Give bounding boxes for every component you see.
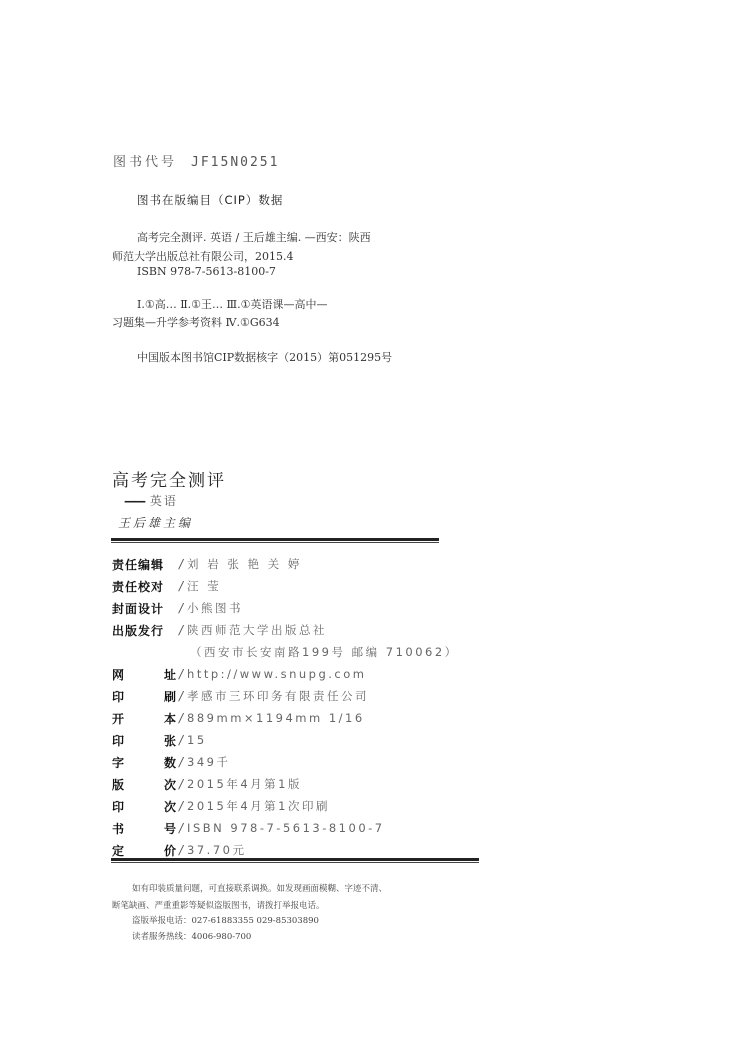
credit-label-part: 号 <box>164 820 177 837</box>
credit-label-part: 开 <box>112 710 125 727</box>
credit-label: 责任编辑 <box>112 556 177 573</box>
credit-label: 开本 <box>112 710 177 727</box>
credit-label-part: 网 <box>112 666 125 683</box>
credit-label-part: 本 <box>164 710 177 727</box>
separator: / <box>179 667 183 681</box>
credit-row: 出版发行/陕西师范大学出版总社 <box>112 619 459 641</box>
credit-label: 责任校对 <box>112 578 177 595</box>
separator: / <box>179 557 183 571</box>
book-code-label: 图书代号 <box>113 155 177 170</box>
separator: / <box>179 843 183 857</box>
credit-address: （西安市长安南路199号 邮编 710062） <box>112 641 459 663</box>
separator: / <box>179 821 183 835</box>
credit-value: 2015年4月第1次印刷 <box>187 798 330 814</box>
credit-label-part: 价 <box>164 842 177 859</box>
credit-label-part: 书 <box>112 820 125 837</box>
cip-line: 高考完全测评. 英语 / 王后雄主编. —西安：陕西 <box>137 229 371 245</box>
credit-label: 字数 <box>112 754 177 771</box>
credit-label-part: 印 <box>112 732 125 749</box>
credit-row: 字数/349千 <box>112 751 459 773</box>
double-rule-top <box>111 538 439 543</box>
credit-label-part: 刷 <box>164 688 177 705</box>
credit-value: 陕西师范大学出版总社 <box>187 622 327 638</box>
subtitle-dash: —— <box>124 494 144 508</box>
credit-row: 书号/ISBN 978-7-5613-8100-7 <box>112 817 459 839</box>
separator: / <box>179 733 183 747</box>
credit-label: 印次 <box>112 798 177 815</box>
separator: / <box>179 601 183 615</box>
book-editor: 王后雄主编 <box>118 514 193 531</box>
separator: / <box>179 755 183 769</box>
cip-isbn: ISBN 978-7-5613-8100-7 <box>137 265 276 278</box>
credit-value: 孝感市三环印务有限责任公司 <box>187 688 369 704</box>
credit-value: 小熊图书 <box>187 600 243 616</box>
credit-row: 印刷/孝感市三环印务有限责任公司 <box>112 685 459 707</box>
subtitle-text: 英语 <box>150 494 178 508</box>
cip-line: 师范大学出版总社有限公司，2015.4 <box>112 248 294 264</box>
notice-line: 断笔缺画、严重重影等疑似盗版图书，请拨打举报电话。 <box>112 899 325 911</box>
credit-value: 889mm×1194mm 1/16 <box>187 711 365 725</box>
credit-label-part: 定 <box>112 842 125 859</box>
separator: / <box>179 579 183 593</box>
cip-title: 图书在版编目（CIP）数据 <box>137 192 283 208</box>
piracy-hotline: 盗版举报电话：027-61883355 029-85303890 <box>132 914 319 926</box>
credit-label-part: 印 <box>112 688 125 705</box>
credit-label-part: 数 <box>164 754 177 771</box>
separator: / <box>179 623 183 637</box>
address-value: （西安市长安南路199号 邮编 710062） <box>190 644 459 660</box>
credit-row: 责任编辑/刘 岩 张 艳 关 婷 <box>112 553 459 575</box>
cip-line: Ⅰ.①高… Ⅱ.①王… Ⅲ.①英语课—高中— <box>137 296 328 312</box>
credit-label: 封面设计 <box>112 600 177 617</box>
double-rule-bottom <box>111 858 479 863</box>
credit-label-part: 版 <box>112 776 125 793</box>
book-subtitle: —— 英语 <box>124 492 178 509</box>
credit-label: 版次 <box>112 776 177 793</box>
credit-value: 2015年4月第1版 <box>187 776 302 792</box>
credit-label-part: 次 <box>164 798 177 815</box>
credit-value: ISBN 978-7-5613-8100-7 <box>187 821 385 835</box>
credit-row: 印张/15 <box>112 729 459 751</box>
separator: / <box>179 689 183 703</box>
credit-row: 印次/2015年4月第1次印刷 <box>112 795 459 817</box>
credit-label-part: 址 <box>164 666 177 683</box>
credit-label-part: 责任编辑 <box>112 556 164 573</box>
book-code-value: JF15N0251 <box>191 155 279 170</box>
credits-table: 责任编辑/刘 岩 张 艳 关 婷责任校对/汪 莹封面设计/小熊图书出版发行/陕西… <box>112 553 459 861</box>
credit-row: 责任校对/汪 莹 <box>112 575 459 597</box>
credit-value: 15 <box>187 733 207 747</box>
credit-row: 网址/http://www.snupg.com <box>112 663 459 685</box>
credit-label: 网址 <box>112 666 177 683</box>
credit-label-part: 字 <box>112 754 125 771</box>
credit-row: 封面设计/小熊图书 <box>112 597 459 619</box>
credit-label-part: 次 <box>164 776 177 793</box>
credit-row: 开本/889mm×1194mm 1/16 <box>112 707 459 729</box>
credit-label: 定价 <box>112 842 177 859</box>
book-code: 图书代号JF15N0251 <box>113 151 279 170</box>
reader-service-hotline: 读者服务热线：4006-980-700 <box>132 930 251 942</box>
credit-label-part: 封面设计 <box>112 600 164 617</box>
credit-label: 印刷 <box>112 688 177 705</box>
credit-value: 37.70元 <box>187 842 246 858</box>
credit-value[interactable]: http://www.snupg.com <box>187 667 366 681</box>
book-title: 高考完全测评 <box>112 466 226 491</box>
credit-value: 刘 岩 张 艳 关 婷 <box>187 556 302 572</box>
credit-label-part: 责任校对 <box>112 578 164 595</box>
credit-value: 349千 <box>187 754 230 770</box>
credit-row: 版次/2015年4月第1版 <box>112 773 459 795</box>
credit-label-part: 出版发行 <box>112 622 164 639</box>
separator: / <box>179 799 183 813</box>
credit-value: 汪 莹 <box>187 578 221 594</box>
cip-verification: 中国版本图书馆CIP数据核字（2015）第051295号 <box>137 349 392 365</box>
credit-label: 印张 <box>112 732 177 749</box>
separator: / <box>179 711 183 725</box>
cip-line: 习题集—升学参考资料 Ⅳ.①G634 <box>112 314 280 330</box>
credit-label: 书号 <box>112 820 177 837</box>
separator: / <box>179 777 183 791</box>
credit-label: 出版发行 <box>112 622 177 639</box>
notice-line: 如有印装质量问题，可直接联系调换。如发现画面模糊、字迹不清、 <box>132 882 387 894</box>
credit-label-part: 张 <box>164 732 177 749</box>
credit-label-part: 印 <box>112 798 125 815</box>
